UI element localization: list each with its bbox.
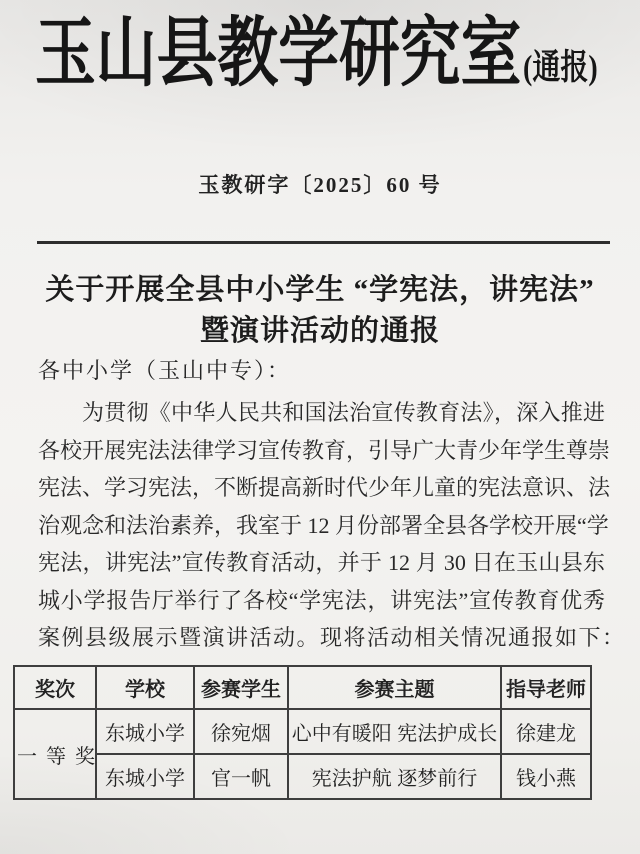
notice-title-line-1: 关于开展全县中小学生 “学宪法，讲宪法”: [0, 270, 640, 311]
header-award-rank: 奖次: [14, 666, 96, 709]
student-cell: 徐宛烟: [194, 709, 288, 754]
body-line: 为贯彻《中华人民共和国法治宣传教育法》，深入推进: [38, 394, 605, 432]
student-cell: 官一帆: [194, 754, 288, 799]
school-cell: 东城小学: [96, 709, 194, 754]
table-row: 一等奖 东城小学 徐宛烟 心中有暖阳 宪法护成长 徐建龙: [14, 709, 591, 754]
notice-title-line-2: 暨演讲活动的通报: [0, 311, 640, 352]
document-number: 玉教研字〔2025〕60 号: [0, 172, 640, 198]
header-student: 参赛学生: [194, 666, 288, 709]
header-teacher: 指导老师: [501, 666, 591, 709]
topic-cell: 宪法护航 逐梦前行: [288, 754, 501, 799]
body-line: 城小学报告厅举行了各校“学宪法，讲宪法”宣传教育优秀: [38, 582, 605, 620]
notice-title: 关于开展全县中小学生 “学宪法，讲宪法” 暨演讲活动的通报: [0, 270, 640, 352]
awards-table: 奖次 学校 参赛学生 参赛主题 指导老师 一等奖 东城小学 徐宛烟 心中有暖阳 …: [13, 665, 592, 800]
body-line: 各校开展宪法法律学习宣传教育，引导广大青少年学生尊崇: [38, 432, 605, 470]
header-divider-rule: [37, 241, 610, 244]
school-cell: 东城小学: [96, 754, 194, 799]
teacher-cell: 钱小燕: [501, 754, 591, 799]
body-line: 宪法，讲宪法”宣传教育活动，并于 12 月 30 日在玉山县东: [38, 544, 605, 582]
topic-cell: 心中有暖阳 宪法护成长: [288, 709, 501, 754]
teacher-cell: 徐建龙: [501, 709, 591, 754]
body-line: 宪法、学习宪法，不断提高新时代少年儿童的宪法意识、法: [38, 469, 605, 507]
document-masthead: 玉山县教学研究室 (通报): [35, 14, 598, 94]
awards-table-container: 奖次 学校 参赛学生 参赛主题 指导老师 一等奖 东城小学 徐宛烟 心中有暖阳 …: [13, 665, 592, 800]
body-line: 治观念和法治素养，我室于 12 月份部署全县各学校开展“学: [38, 507, 605, 545]
scanned-notice-document: 玉山县教学研究室 (通报) 玉教研字〔2025〕60 号 关于开展全县中小学生 …: [0, 0, 640, 854]
table-row: 东城小学 官一帆 宪法护航 逐梦前行 钱小燕: [14, 754, 591, 799]
header-school: 学校: [96, 666, 194, 709]
header-topic: 参赛主题: [288, 666, 501, 709]
notice-body: 为贯彻《中华人民共和国法治宣传教育法》，深入推进 各校开展宪法法律学习宣传教育，…: [38, 394, 605, 657]
issuing-office-title: 玉山县教学研究室: [35, 14, 521, 94]
table-header-row: 奖次 学校 参赛学生 参赛主题 指导老师: [14, 666, 591, 709]
document-type-label: (通报): [523, 48, 598, 88]
award-rank-cell: 一等奖: [14, 709, 96, 799]
body-line: 案例县级展示暨演讲活动。现将活动相关情况通报如下：: [38, 619, 605, 657]
salutation: 各中小学（玉山中专）：: [38, 357, 291, 385]
